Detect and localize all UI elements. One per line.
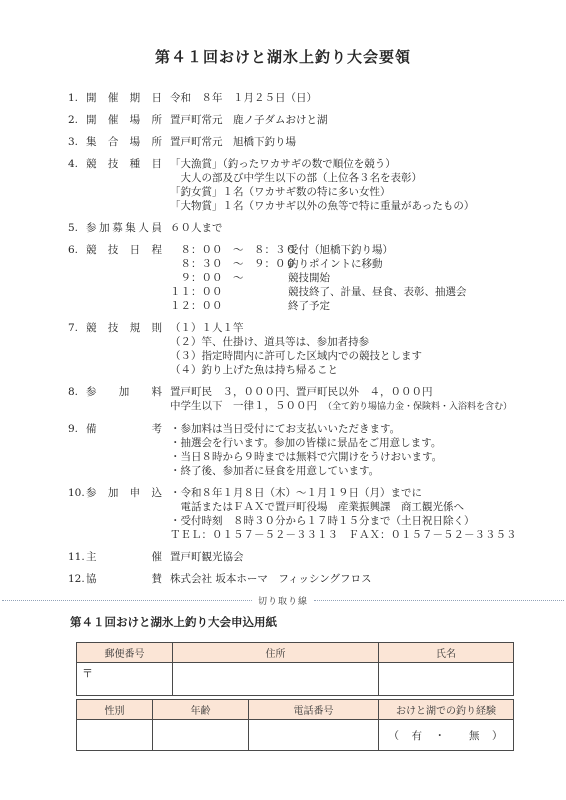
application-form-title: 第４１回おけと湖氷上釣り大会申込用紙 [70,614,566,630]
item-line: 「大漁賞」（釣ったワカサギの数で順位を競う） [170,157,536,171]
item-line: 電話またはＦＡＸで置戸町役場 産業振興課 商工観光係へ [170,500,536,514]
item-application: 10. 参加申込 ・令和８年１月８日（木）～１月１９日（月）までに 電話またはＦ… [68,486,536,542]
item-label: 競技種目 [86,157,162,213]
document-page: 第４１回おけと湖氷上釣り大会要領 1. 開催期日 令和 ８年 １月２５日（日） … [0,0,566,800]
item-value: 置戸町民 ３，０００円、置戸町民以外 ４，０００円 中学生以下 一律１，５００円… [170,385,536,414]
schedule-desc: 釣りポイントに移動 [288,258,383,270]
item-number: 8. [68,385,86,414]
input-cell-experience: （ 有 ・ 無 ） [379,720,514,751]
schedule-row: ８：００ ～ ８：３０受付（旭橋下釣り場） [170,243,536,257]
item-line: ＴＥＬ：０１５７－５２－３３１３ ＦＡＸ：０１５７－５２－３３５３ [170,528,536,542]
item-number: 10. [68,486,86,542]
item-remarks: 9. 備考 ・参加料は当日受付にてお支払いいただきます。 ・抽選会を行います。参… [68,422,536,478]
header-cell-name: 氏名 [379,643,514,663]
item-line: ・令和８年１月８日（木）～１月１９日（月）までに [170,486,536,500]
application-table-lower: 性別 年齢 電話番号 おけと湖での釣り経験 （ 有 ・ 無 ） [76,699,514,751]
item-line: ・終了後、参加者に昼食を用意しています。 [170,464,536,478]
item-label: 開催期日 [86,91,162,105]
item-line: 大人の部及び中学生以下の部（上位各３名を表彰） [170,171,536,185]
item-line: （１）１人１竿 [170,321,536,335]
input-cell-phone [249,720,379,751]
item-label: 集合場所 [86,135,162,149]
item-capacity: 5. 参加募集人員 ６０人まで [68,221,536,235]
item-entry-fee: 8. 参加料 置戸町民 ３，０００円、置戸町民以外 ４，０００円 中学生以下 一… [68,385,536,414]
item-line: ・当日８時から９時までは無料で穴開けをうけおいます。 [170,450,536,464]
schedule-desc: 競技終了、計量、昼食、表彰、抽選会 [288,286,467,298]
input-cell-address [173,663,379,696]
item-value: 置戸町観光協会 [170,550,536,564]
table-header-row: 性別 年齢 電話番号 おけと湖での釣り経験 [77,700,514,720]
item-line: 「釣女賞」１名（ワカサギ数の特に多い女性） [170,185,536,199]
item-competition-events: 4. 競技種目 「大漁賞」（釣ったワカサギの数で順位を競う） 大人の部及び中学生… [68,157,536,213]
header-cell-age: 年齢 [153,700,249,720]
schedule-time: ９：００ ～ [170,271,288,285]
schedule-time: １２：００ [170,299,288,313]
schedule-desc: 終了予定 [288,300,330,312]
item-label: 競技規則 [86,321,162,377]
item-value: ６０人まで [170,221,536,235]
schedule-row: ９：００ ～競技開始 [170,271,536,285]
schedule-desc: 受付（旭橋下釣り場） [288,244,393,256]
header-cell-address: 住所 [173,643,379,663]
item-line: ・参加料は当日受付にてお支払いいただきます。 [170,422,536,436]
header-cell-postal-code: 郵便番号 [77,643,173,663]
item-line: 置戸町民 ３，０００円、置戸町民以外 ４，０００円 [170,385,536,399]
input-cell-postal-code: 〒 [77,663,173,696]
item-label: 参加申込 [86,486,162,542]
item-value: ・参加料は当日受付にてお支払いいただきます。 ・抽選会を行います。参加の皆様に景… [170,422,536,478]
header-cell-phone: 電話番号 [249,700,379,720]
schedule-row: １２：００終了予定 [170,299,536,313]
item-value: ８：００ ～ ８：３０受付（旭橋下釣り場） ８：３０ ～ ９：００釣りポイントに… [170,243,536,313]
cut-line-dash [2,600,252,601]
item-value: 「大漁賞」（釣ったワカサギの数で順位を競う） 大人の部及び中学生以下の部（上位各… [170,157,536,213]
schedule-row: １１：００競技終了、計量、昼食、表彰、抽選会 [170,285,536,299]
schedule-time: ８：００ ～ ８：３０ [170,243,288,257]
item-organizer: 11. 主催 置戸町観光協会 [68,550,536,564]
item-sponsor: 12. 協賛 株式会社 坂本ホーマ フィッシングフロス [68,572,536,586]
item-number: 2. [68,113,86,127]
fee-note: （全て釣り場協力金・保険料・入浴料を含む） [328,402,513,412]
header-cell-experience: おけと湖での釣り経験 [379,700,514,720]
item-label: 開催場所 [86,113,162,127]
item-value: （１）１人１竿 （２）竿、仕掛け、道具等は、参加者持参 （３）指定時間内に許可し… [170,321,536,377]
item-line: （２）竿、仕掛け、道具等は、参加者持参 [170,335,536,349]
item-line: ・抽選会を行います。参加の皆様に景品をご用意します。 [170,436,536,450]
item-value: 株式会社 坂本ホーマ フィッシングフロス [170,572,536,586]
input-cell-name [379,663,514,696]
input-cell-gender [77,720,153,751]
item-label: 競技日程 [86,243,162,313]
item-line: 中学生以下 一律１，５００円 （全て釣り場協力金・保険料・入浴料を含む） [170,399,536,414]
item-number: 4. [68,157,86,213]
table-input-row: 〒 [77,663,514,696]
item-value: 令和 ８年 １月２５日（日） [170,91,536,105]
item-value: ・令和８年１月８日（木）～１月１９日（月）までに 電話またはＦＡＸで置戸町役場 … [170,486,536,542]
item-event-date: 1. 開催期日 令和 ８年 １月２５日（日） [68,91,536,105]
cut-line-label: 切り取り線 [252,594,314,607]
schedule-time: ８：３０ ～ ９：００ [170,257,288,271]
item-number: 11. [68,550,86,564]
item-label: 参加料 [86,385,162,414]
notice-items: 1. 開催期日 令和 ８年 １月２５日（日） 2. 開催場所 置戸町常元 鹿ノ子… [68,91,536,586]
item-number: 5. [68,221,86,235]
header-cell-gender: 性別 [77,700,153,720]
item-event-place: 2. 開催場所 置戸町常元 鹿ノ子ダムおけと湖 [68,113,536,127]
item-line: （３）指定時間内に許可した区域内での競技とします [170,349,536,363]
cut-line: 切り取り線 [2,594,564,606]
table-header-row: 郵便番号 住所 氏名 [77,643,514,663]
item-line: （４）釣り上げた魚は持ち帰ること [170,363,536,377]
item-label: 参加募集人員 [86,221,162,235]
item-number: 7. [68,321,86,377]
schedule-desc: 競技開始 [288,272,330,284]
schedule-row: ８：３０ ～ ９：００釣りポイントに移動 [170,257,536,271]
item-value: 置戸町常元 旭橋下釣り場 [170,135,536,149]
schedule-time: １１：００ [170,285,288,299]
item-schedule: 6. 競技日程 ８：００ ～ ８：３０受付（旭橋下釣り場） ８：３０ ～ ９：０… [68,243,536,313]
item-number: 1. [68,91,86,105]
item-meeting-place: 3. 集合場所 置戸町常元 旭橋下釣り場 [68,135,536,149]
item-label: 協賛 [86,572,162,586]
item-value: 置戸町常元 鹿ノ子ダムおけと湖 [170,113,536,127]
item-label: 備考 [86,422,162,478]
input-cell-age [153,720,249,751]
item-number: 9. [68,422,86,478]
item-rules: 7. 競技規則 （１）１人１竿 （２）竿、仕掛け、道具等は、参加者持参 （３）指… [68,321,536,377]
item-number: 3. [68,135,86,149]
item-label: 主催 [86,550,162,564]
item-number: 6. [68,243,86,313]
table-input-row: （ 有 ・ 無 ） [77,720,514,751]
item-number: 12. [68,572,86,586]
cut-line-dash [314,600,564,601]
fee-line: 中学生以下 一律１，５００円 [170,400,328,412]
application-table-upper: 郵便番号 住所 氏名 〒 [76,642,514,696]
document-title: 第４１回おけと湖氷上釣り大会要領 [0,0,566,67]
item-line: 「大物賞」１名（ワカサギ以外の魚等で特に重量があったもの） [170,199,536,213]
item-line: ・受付時刻 ８時３０分から１７時１５分まで（土日祝日除く） [170,514,536,528]
